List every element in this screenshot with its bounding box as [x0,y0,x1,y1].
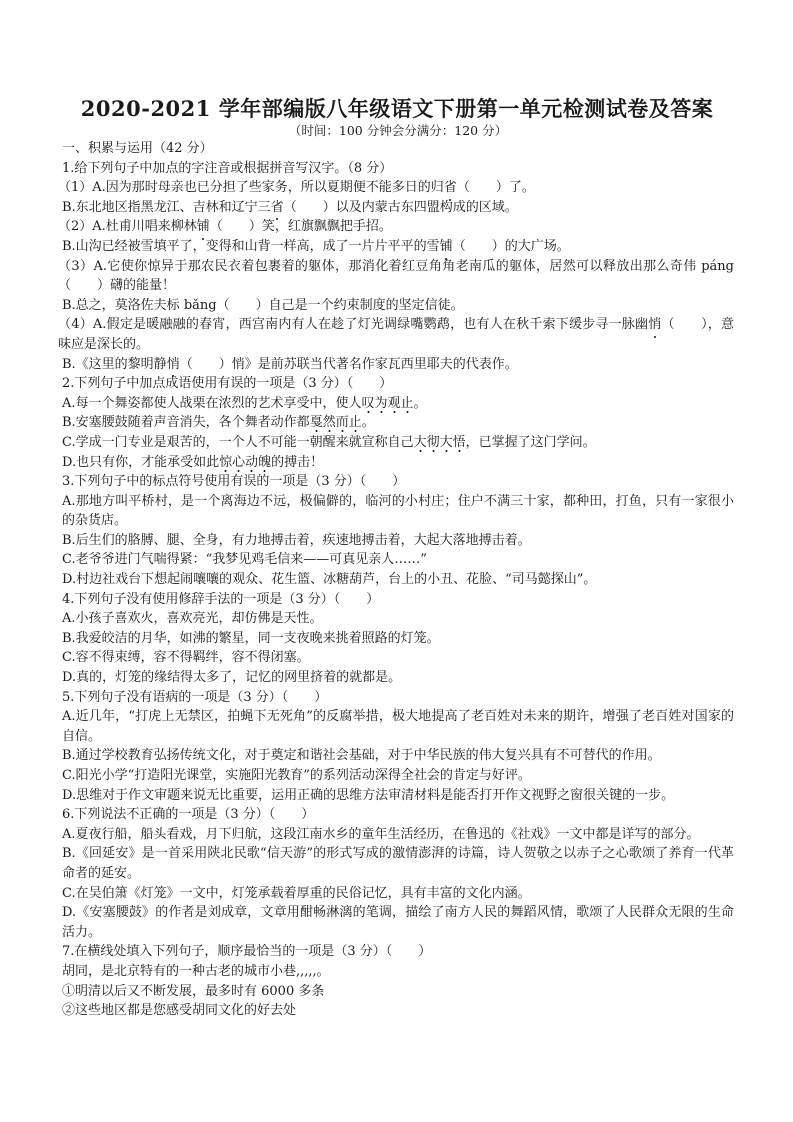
question-1-part-2a: （2）A.杜甫川唱来柳林铺（ ）笑，红旗飘飘把手招。 [58,217,734,237]
question-4-option-d: D.真的，灯笼的缘结得太多了，记忆的网里挤着的就都是。 [62,668,734,688]
document-subtitle: （时间：100 分钟会分满分：120 分） [62,122,734,139]
document-title: 2020-2021 学年部编版八年级语文下册第一单元检测试卷及答案 [52,96,742,122]
question-6-option-a: A.夏夜行船，船头看戏，月下归航，这段江南水乡的童年生活经历，在鲁迅的《社戏》一… [62,825,734,845]
question-6-option-b: B.《回延安》是一首采用陕北民歌“信天游”的形式写成的激情澎湃的诗篇，诗人贺敬之… [62,844,734,883]
question-1-part-2b: B.山沟已经被雪填平了，变得和山背一样高，成了一片片平平的雪铺（ ）的大广场。 [62,237,734,257]
question-6-stem: 6.下列说法不正确的一项是（3 分）（ ） [62,805,734,825]
question-3-stem: 3.下列句子中的标点符号使用有误的一项是（3 分）（ ） [62,472,734,492]
question-4-option-c: C.容不得束缚，容不得羁绊，容不得闭塞。 [62,648,734,668]
question-3-option-a: A.那地方叫平桥村，是一个离海边不远，极偏僻的，临河的小村庄；住户不满三十家，都… [62,492,734,531]
question-5-option-b: B.通过学校教育弘扬传统文化，对于奠定和谐社会基础，对于中华民族的伟大复兴具有不… [62,746,734,766]
question-2-option-c: C.学成一门专业是艰苦的，一个人不可能一朝醒来就宣称自己大彻大悟，已掌握了这门学… [62,433,734,453]
question-2-option-a: A.每一个舞姿都使人战栗在浓烈的艺术享受中，使人叹为观止。 [62,394,734,414]
dotted-char: 铺 [440,237,453,257]
question-7-sentence-1: ①明清以后又不断发展，最多时有 6000 多条 [62,982,734,1002]
question-3-option-c: C.老爷爷进门气喘得紧：“我梦见鸡毛信来——可真见亲人……” [62,550,734,570]
question-4-stem: 4.下列句子没有使用修辞手法的一项是（3 分）（ ） [62,590,734,610]
question-1-part-4b: B.《这里的黎明静悄（ ）悄》是前苏联当代著名作家瓦西里耶夫的代表作。 [62,355,734,375]
dotted-char: 省 [271,198,284,218]
question-4-option-a: A.小孩子喜欢火，喜欢亮光，却仿佛是天性。 [62,609,734,629]
question-7-stem: 7.在横线处填入下列句子，顺序最恰当的一项是（3 分）（ ） [62,942,734,962]
question-4-option-b: B.我爱皎洁的月华，如沸的繁星，同一支夜晚来挑着照路的灯笼。 [62,629,734,649]
exam-page: 2020-2021 学年部编版八年级语文下册第一单元检测试卷及答案 （时间：10… [62,96,734,1021]
question-1-part-4a: （4）A.假定是暖融融的春宵，西宫南内有人在趁了灯光调绿嘴鹦鹉，也有人在秋千索下… [58,315,734,354]
question-1-part-1a: （1）A.因为那时母亲也已分担了些家务，所以夏期便不能多日的归省（ ）了。 [58,178,734,198]
question-1-part-1b: B.东北地区指黑龙江、吉林和辽宁三省（ ）以及内蒙古东四盟构成的区域。 [62,198,734,218]
question-3-option-d: D.村边社戏台下想起闹嚷嚷的观众、花生篮、冰糖葫芦，台上的小丑、花脸、“司马懿探… [62,570,734,590]
question-6-option-c: C.在吴伯箫《灯笼》一文中，灯笼承载着厚重的民俗记忆，具有丰富的文化内涵。 [62,884,734,904]
dotted-char: 悄 [167,355,180,375]
dotted-idiom: 叹为观止 [362,396,414,414]
question-2-option-b: B.安塞腰鼓随着声音消失，各个舞者动作都戛然而止。 [62,413,734,433]
dotted-idiom: 戛然而止 [310,415,362,433]
question-5-option-d: D.思维对于作文审题来说无比重要，运用正确的思维方法审清材料是能否打开作文视野之… [62,786,734,806]
section-heading: 一、积累与运用（42 分） [62,139,734,159]
dotted-char: 铺 [197,217,210,237]
question-1-part-3b: B.总之，莫洛佐夫标 bǎng（ ）自己是一个约束制度的坚定信徒。 [62,296,734,316]
question-2-stem: 2.下列句子中加点成语使用有误的一项是（3 分）（ ） [62,374,734,394]
dotted-idiom: 惊心动魄 [219,455,271,473]
question-3-option-b: B.后生们的胳膊、腿、全身，有力地搏击着，疾速地搏击着，大起大落地搏击着。 [62,531,734,551]
question-7-sentence-2: ②这些地区都是您感受胡同文化的好去处 [62,1001,734,1021]
question-1-part-3a: （3）A.它使你惊异于那农民衣着包裹着的躯体，那消化着红豆角角老南瓜的躯体，居然… [58,257,734,296]
question-6-option-d: D.《安塞腰鼓》的作者是刘成章，文章用酣畅淋漓的笔调，描绘了南方人民的舞蹈风情，… [62,903,734,942]
question-2-option-d: D.也只有你，才能承受如此惊心动魄的搏击！ [62,453,734,473]
dotted-char: 省 [444,178,457,198]
question-5-option-c: C.阳光小学“打造阳光课堂，实施阳光教育”的系列活动深得全社会的肯定与好评。 [62,766,734,786]
question-7-passage: 胡同，是北京特有的一种古老的城市小巷,,,,,。 [62,962,734,982]
dotted-idiom: 大彻大悟 [414,435,466,453]
question-5-stem: 5.下列句子没有语病的一项是（3 分）（ ） [62,688,734,708]
question-5-option-a: A.近几年，“打虎上无禁区，拍蝇下无死角”的反腐举措，极大地提高了老百姓对未来的… [62,707,734,746]
question-1-stem: 1.给下列句子中加点的字注音或根据拼音写汉字。（8 分） [62,159,734,179]
dotted-char: 悄 [648,315,661,335]
